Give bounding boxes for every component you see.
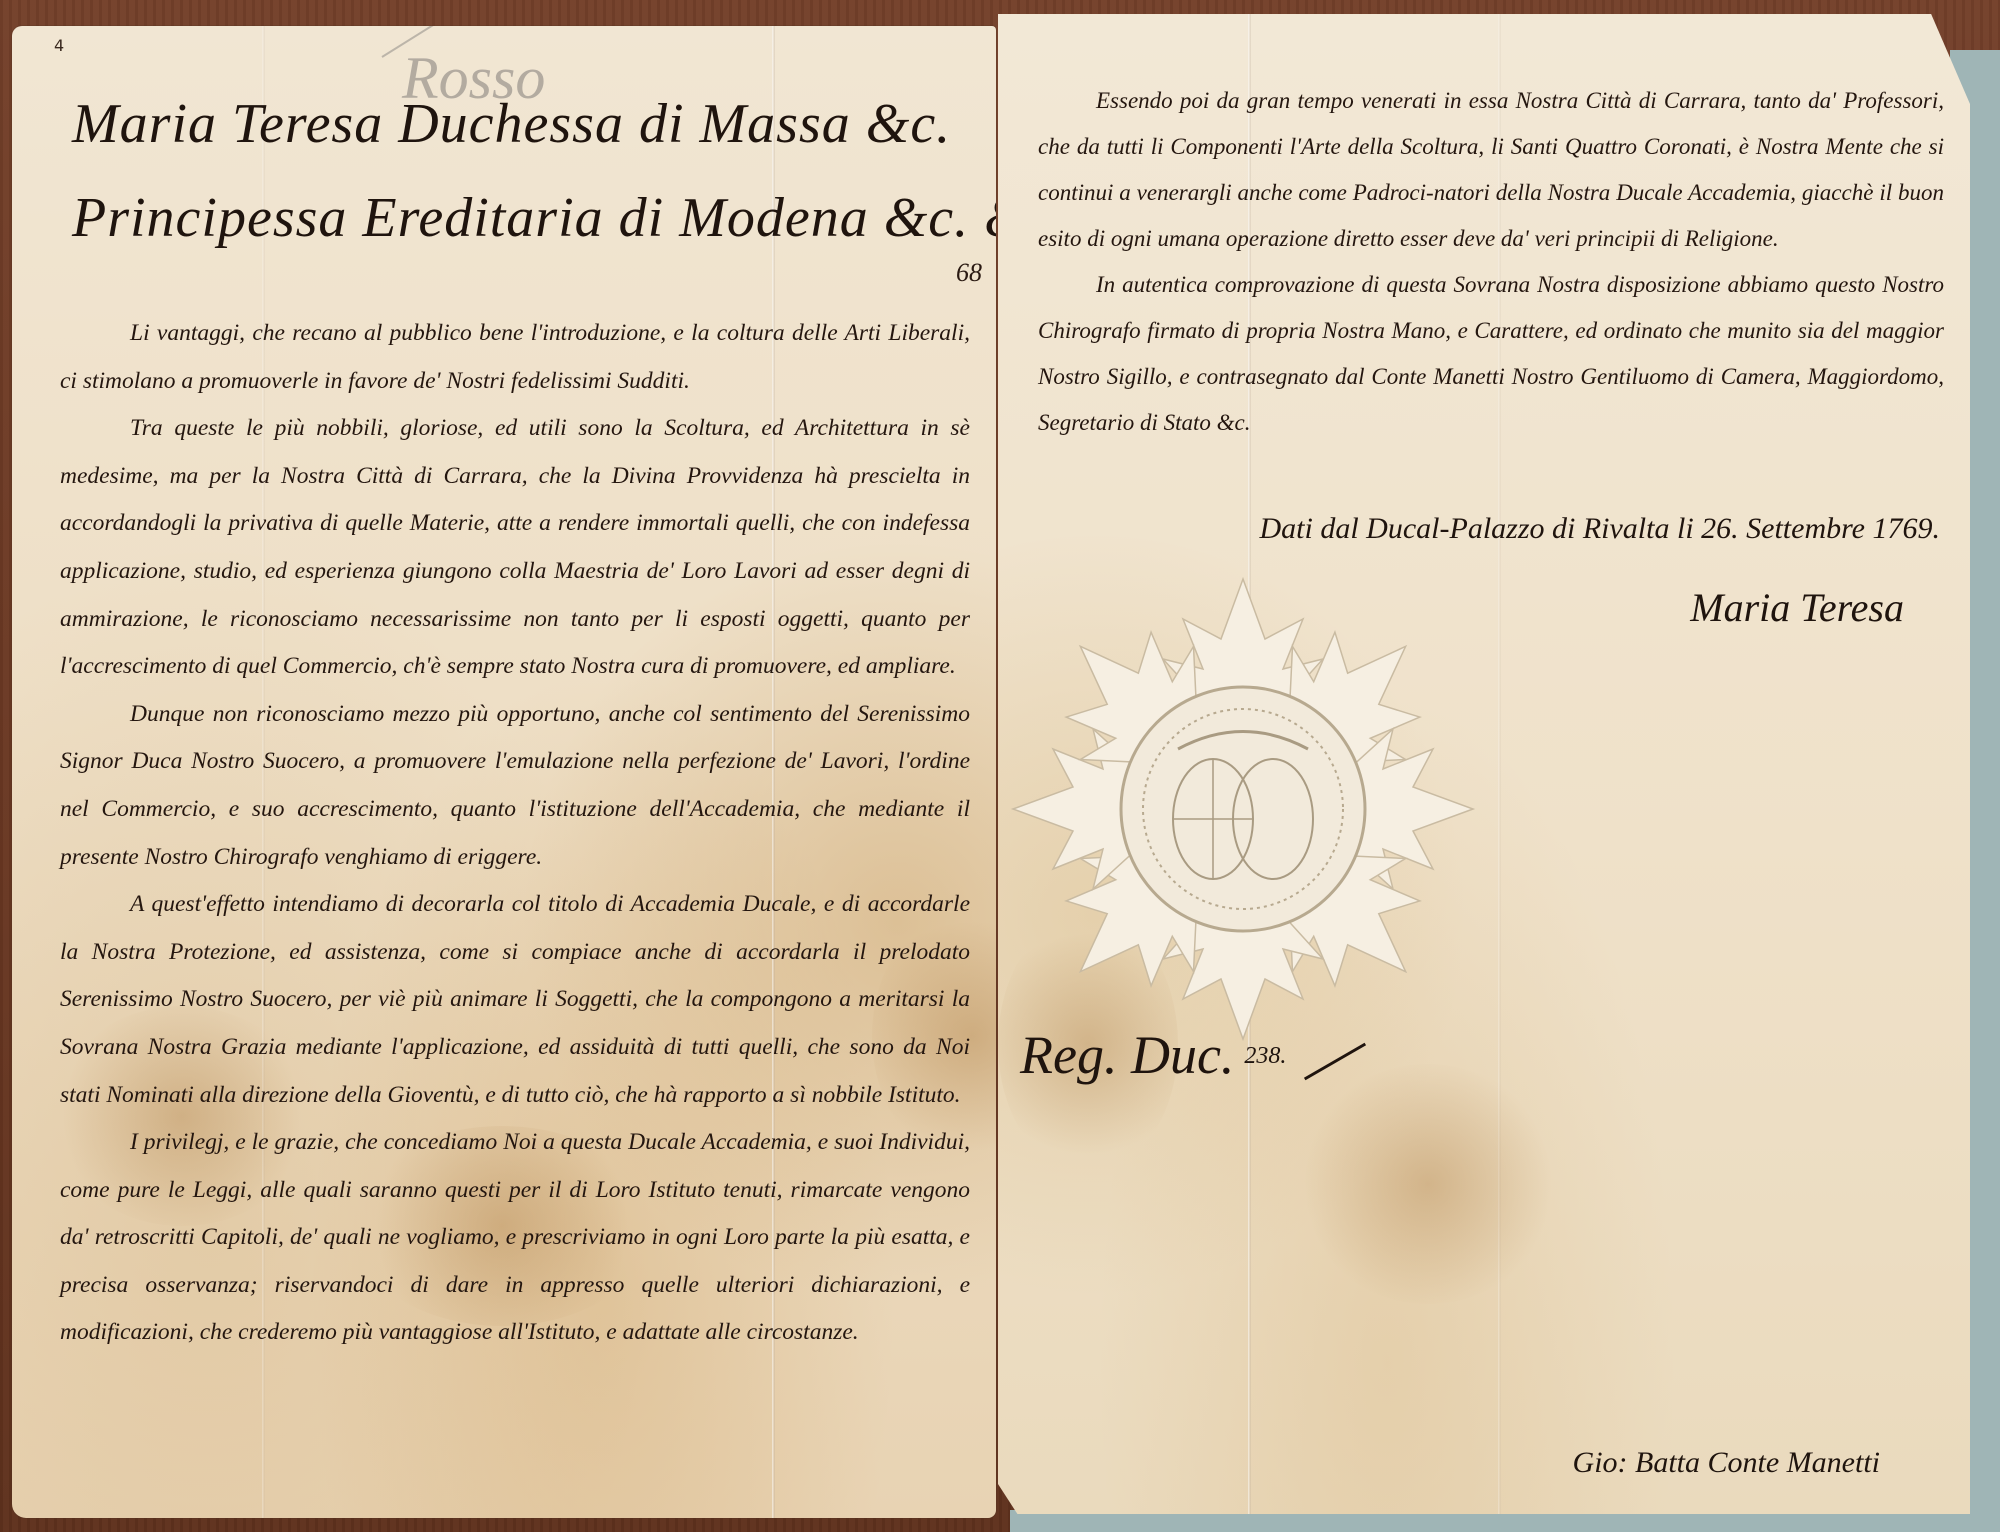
left-body-text: Li vantaggi, che recano al pubblico bene… bbox=[60, 310, 970, 1357]
title-line-1: Maria Teresa Duchessa di Massa &c. bbox=[72, 92, 951, 156]
paragraph: In autentica comprovazione di questa Sov… bbox=[1038, 262, 1944, 446]
paragraph: Dunque non riconosciamo mezzo più opport… bbox=[60, 691, 970, 881]
paragraph: Essendo poi da gran tempo venerati in es… bbox=[1038, 78, 1944, 262]
corner-mark: 4 bbox=[54, 36, 64, 55]
paragraph: Li vantaggi, che recano al pubblico bene… bbox=[60, 310, 970, 405]
right-page: Essendo poi da gran tempo venerati in es… bbox=[998, 14, 1970, 1514]
embossed-seal-icon bbox=[1008, 574, 1478, 1044]
water-stain bbox=[1298, 1064, 1558, 1304]
paragraph: I privilegj, e le grazie, che concediamo… bbox=[60, 1119, 970, 1357]
title-line-2: Principessa Ereditaria di Modena &c. &c. bbox=[72, 186, 996, 250]
registry-note: Reg. Duc. 238. bbox=[1020, 1024, 1370, 1086]
registry-abbreviation: Reg. Duc. bbox=[1020, 1025, 1234, 1085]
left-page: 4 Rosso Maria Teresa Duchessa di Massa &… bbox=[12, 26, 996, 1518]
signature-maria-teresa: Maria Teresa bbox=[1690, 584, 1904, 631]
countersignature-manetti: Gio: Batta Conte Manetti bbox=[1573, 1446, 1880, 1480]
paragraph: Tra queste le più nobbili, gloriose, ed … bbox=[60, 405, 970, 691]
paragraph: A quest'effetto intendiamo di decorarla … bbox=[60, 881, 970, 1119]
registry-number: 238. bbox=[1244, 1043, 1286, 1069]
dateline: Dati dal Ducal-Palazzo di Rivalta li 26.… bbox=[1260, 512, 1940, 546]
right-body-text: Essendo poi da gran tempo venerati in es… bbox=[1038, 78, 1944, 446]
registry-strokes bbox=[1304, 1043, 1366, 1081]
folio-mark: 68 bbox=[956, 258, 982, 288]
